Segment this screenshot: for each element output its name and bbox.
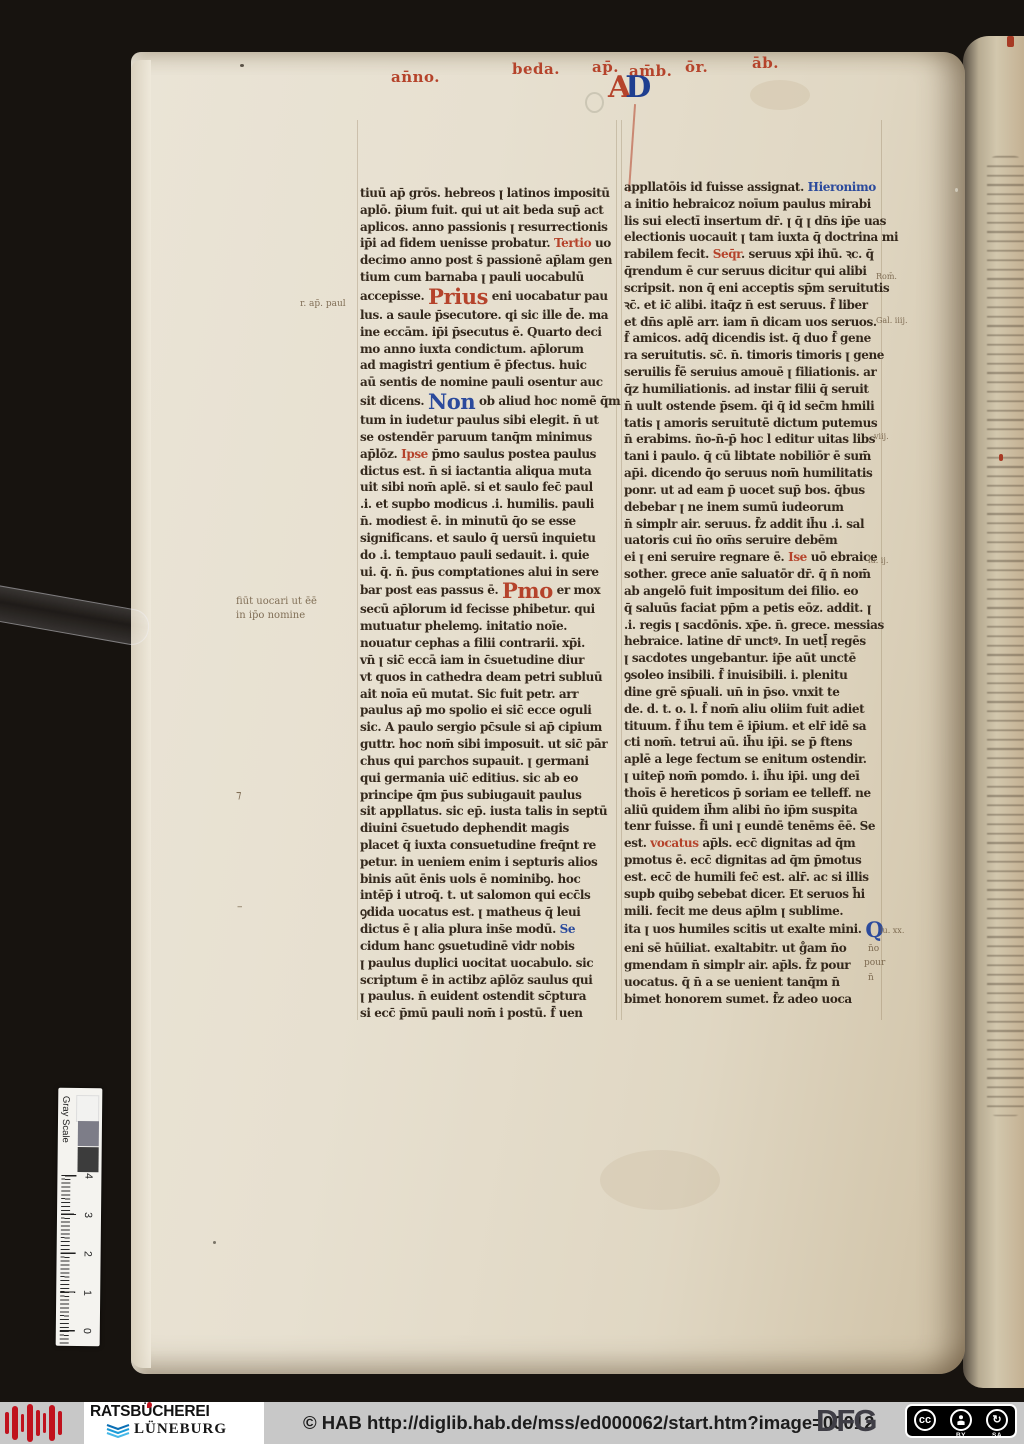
cc-sa-label: SA (992, 1432, 1002, 1439)
colored-initial: Ipse (401, 447, 428, 461)
parchment-stain (750, 80, 810, 110)
person-icon (950, 1409, 972, 1431)
marginal-gloss: fiūt uocari ut ēē (236, 596, 317, 607)
text-line: seruilis f̄ē seruius amouē ꞁ filiationis… (624, 364, 878, 381)
marginal-gloss: lu. ij. (868, 556, 888, 565)
glass-rod-page-holder (0, 582, 152, 647)
text-line: ꞁ sacdotes ungebantur. ip̄e aūt unctē (624, 650, 878, 667)
text-line: a initio hebraicoz noīum paulus mirabi (624, 196, 878, 213)
running-title-item: ōr. (685, 58, 708, 76)
ink-showthrough-mark (585, 92, 604, 113)
running-title-item: an̄no. (391, 68, 440, 86)
page-left-edge (131, 60, 151, 1368)
red-umlaut-dot (147, 1402, 152, 1408)
marginal-gloss: pour (864, 958, 885, 968)
cc-by-icon: BY (946, 1409, 976, 1439)
text-line: thoīs ē hereticos p̄ soriam ee telleff. … (624, 785, 878, 802)
text-line: ra seruitutis. sc̄. n̄. timoris timoris … (624, 347, 878, 364)
text-line: chus qui parchos supauit. ꞁ germani (360, 753, 612, 770)
text-line: ine eccām. ip̄i p̄secutus ē. Quarto deci (360, 324, 612, 341)
colored-initial: Prius (428, 284, 488, 309)
colored-initial: vocatus (650, 836, 698, 850)
copyright-url-text: © HAB http://diglib.hab.de/mss/ed000062/… (303, 1412, 874, 1434)
text-line: pmotus ē. ecc̄ dignitas ad q̄m p̄motus (624, 852, 878, 869)
text-line: ꝛc̄. et ic̄ alibi. itaq̄z n̄ est seruus.… (624, 297, 878, 314)
gray-patch-white (76, 1095, 99, 1122)
text-line: significans. et saulo q̄ uersū inquietu (360, 530, 612, 547)
share-alike-icon: ↻ (986, 1409, 1008, 1431)
marginal-gloss: viij. (874, 432, 889, 441)
text-line: ui. q̄. n̄. p̄us comptationes alui in se… (360, 564, 612, 581)
library-logo: RATSBÜCHEREI LÜNEBURG (84, 1402, 264, 1444)
parchment-stain (600, 1150, 720, 1210)
text-line: aplō. p̄ium fuit. qui ut ait beda sup̄ a… (360, 202, 612, 219)
colored-initial: Ise (788, 550, 807, 564)
text-line: mili. fecit me deus ap̄lm ꞁ sublime. (624, 903, 878, 920)
text-line: rabilem fecit. Seq̄r. seruus xp̄i ihū. ꝛ… (624, 246, 878, 263)
text-line: si ecc̄ p̄mū pauli nom̄ i postū. f̄ uen (360, 1005, 612, 1022)
text-line: ap̄i. dicendo q̄o seruus nom̄ humilitati… (624, 465, 878, 482)
dust-speck (240, 64, 244, 67)
colored-initial: Se (560, 922, 576, 936)
text-line: tenr fuisse. f̄i uni ꞁ eundē tenēms ēē. … (624, 818, 878, 835)
text-column-2: appllatōis id fuisse assignat. Hieronimo… (624, 179, 878, 1008)
running-title-item: āb. (752, 54, 779, 72)
digitized-manuscript-viewer: an̄no.beda.ap̄.am̄b.ōr.āb. AD tiuū ap̄ g… (0, 0, 1024, 1444)
gray-patch-mid (78, 1121, 99, 1146)
text-line: n̄ simplr air. seruus. f̄z addit ih̄u .i… (624, 516, 878, 533)
text-line: sic. A paulo sergio pc̄sule si ap̄ cipiu… (360, 719, 612, 736)
text-line: sother. grece anīe saluatōr dr̄. q̄ n̄ n… (624, 566, 878, 583)
text-line: petur. in ueniem enim i septuris alios (360, 854, 612, 871)
red-ink-mark (999, 454, 1003, 461)
ruler-major-ticks (60, 1175, 77, 1335)
ruling-line (357, 120, 358, 1020)
text-line: vn̄ ꞁ sic̄ eccā iam in c̄suetudine diur (360, 652, 612, 669)
text-line: lis sui electī insertum dr̄. ꞁ q̄ ꞁ dn̄s… (624, 213, 878, 230)
text-line: intēp̄ i utroq̄. t. ut salomon qui ecc̄l… (360, 887, 612, 904)
text-line: uatoris cui n̄o om̄s seruire debēm (624, 532, 878, 549)
marginal-gloss: Gal. iiij. (876, 316, 908, 325)
text-line: principe q̄m p̄us subiugauit paulus (360, 787, 612, 804)
marginal-gloss: r. ap̄. paul (300, 299, 346, 309)
text-line: lus. a saule p̄secutore. qi sic ille d̄e… (360, 307, 612, 324)
text-line: secū ap̄lorum id fecisse phibetur. qui (360, 601, 612, 618)
text-line: ei ꞁ eni seruire regnare ē. Ise uō ebrai… (624, 549, 878, 566)
text-line: aliū quidem ih̄m alibi n̄o ip̄m suspita (624, 802, 878, 819)
text-line: n̄. modiest ē. in minutū q̄o se esse (360, 513, 612, 530)
gray-scale-ruler: Gray Scale 43210 (56, 1088, 103, 1346)
marginal-gloss: in ip̄o nomine (236, 610, 305, 621)
footer-bar: RATSBÜCHEREI LÜNEBURG © HAB http://digli… (0, 1402, 1024, 1444)
ruler-number: 1 (81, 1290, 93, 1304)
text-line: paulus ap̄ mo spolio ei sic̄ ecce oguli (360, 702, 612, 719)
text-line: ait noīa eū mutat. Sic fuit petr. arr (360, 686, 612, 703)
text-line: eni sē hūiliat. exaltabitr. ut g̊am n̄o (624, 940, 878, 957)
cc-sa-icon: ↻ SA (982, 1409, 1012, 1439)
dust-speck (213, 1241, 216, 1244)
text-line: gmendam n̄ simplr air. ap̄ls. f̄z pour (624, 957, 878, 974)
text-line: tani i paulo. q̄ cū libtate nobiliōr ē s… (624, 448, 878, 465)
text-line: dictus est. n̄ si iactantia aliqua muta (360, 463, 612, 480)
text-line: appllatōis id fuisse assignat. Hieronimo (624, 179, 878, 196)
text-line: ip̄i ad fidem uenisse probatur. Tertio u… (360, 235, 612, 252)
text-line: cti nom̄. tetrui aū. ih̄u ip̄i. se p̄ ft… (624, 734, 878, 751)
text-line: dine grē sp̄uali. un̄ in p̄so. vnxit te (624, 684, 878, 701)
marginal-gloss: n̄o (868, 944, 879, 954)
ruler-number: 4 (82, 1173, 94, 1187)
text-line: n̄ uult ostende p̄sem. q̄i q̄ id sec̄m h… (624, 398, 878, 415)
text-line: bar post eas passus ē. Pmo er mox (360, 580, 612, 601)
monogram-blue-letter: D (625, 70, 651, 105)
library-name-line2: LÜNEBURG (134, 1421, 227, 1438)
text-line: tiuū ap̄ grōs. hebreos ꞁ latinos imposit… (360, 185, 612, 202)
text-line: .i. regis ꞁ sacdōnis. xp̄e. n̄. grece. m… (624, 617, 878, 634)
text-line: ꞁ uitep̄ nom̄ pomdo. i. ih̄u ip̄i. ung d… (624, 768, 878, 785)
text-line: ap̄lōz. Ipse p̄mo saulus postea paulus (360, 446, 612, 463)
library-name-line2-row: LÜNEBURG (106, 1421, 227, 1438)
text-line: ponr. ut ad eam p̄ uocet sup̄ bos. q̄bus (624, 482, 878, 499)
text-line: tatis ꞁ amoris seruitutē dictum putemus (624, 415, 878, 432)
text-line: uit sibi nom̄ aplē. si et saulo fec̄ pau… (360, 479, 612, 496)
adjacent-page-text-showthrough (987, 156, 1024, 1116)
text-line: debebar ꞁ ne inem sumū iudeorum (624, 499, 878, 516)
text-line: ad magistri gentium ē p̄fectus. huic (360, 357, 612, 374)
text-line: vt quos in cathedra deam petri subluū (360, 669, 612, 686)
adjacent-page-edge (963, 36, 1024, 1388)
text-line: ab angelō fuit impositum dei filio. eo (624, 583, 878, 600)
ruler-number: 0 (81, 1328, 93, 1342)
text-line: se ostendēr paruum tanq̄m minimus (360, 429, 612, 446)
text-line: mo anno iuxta condictum. ap̄lorum (360, 341, 612, 358)
marginal-gloss: lu. xx. (880, 926, 904, 935)
running-title-item: beda. (512, 60, 560, 78)
text-line: ꞁ paulus duplici uocitat uocabulo. sic (360, 955, 612, 972)
ruling-line (616, 120, 617, 1020)
text-line: scriptum ē in actibz ap̄lōz saulus qui (360, 972, 612, 989)
text-line: sit dicens. Non ob aliud hoc nomē q̄m (360, 391, 612, 412)
text-line: f̄ amicos. adq̄ dicendis ist. q̄ duo f̄ … (624, 330, 878, 347)
text-line: diuini c̄suetudo dephendit magis (360, 820, 612, 837)
text-line: tum in iudetur paulus sibi elegit. n̄ ut (360, 412, 612, 429)
text-line: sit appllatus. sic ep̄. iusta talis in s… (360, 803, 612, 820)
text-line: supb quibꝯ sebebat dicer. Et seruos h̄i (624, 886, 878, 903)
text-line: est. ecc̄ de humili fec̄ est. alr̄. ac s… (624, 869, 878, 886)
cc-icon: cc (910, 1409, 940, 1431)
text-line: nouatur cephas a filii contrarii. xp̄i. (360, 635, 612, 652)
text-line: q̄rendum ē cur seruus dicitur qui alibi (624, 263, 878, 280)
text-line: electionis uocauit ꞁ tam iuxta q̄ doctri… (624, 229, 878, 246)
cc-license-badge: cc BY ↻ SA (905, 1404, 1017, 1438)
text-line: ꝯsoleo insibili. f̄ inuisibili. i. pleni… (624, 667, 878, 684)
text-line: .i. et supbo modicus .i. humilis. pauli (360, 496, 612, 513)
marginal-gloss: n̄ (868, 973, 874, 983)
book-icon (106, 1422, 130, 1438)
text-line: mutuatur phelemꝯ. initatio noīe. (360, 618, 612, 635)
text-line: n̄ erabims. n̄o-n̄-p̄ hoc l editur uitas… (624, 431, 878, 448)
ruling-line (621, 120, 622, 1020)
marginal-gloss: ⁊ (236, 788, 241, 801)
library-logo-bars-icon (5, 1404, 81, 1442)
text-line: ita ꞁ uos humiles scitis ut exalte mini.… (624, 919, 878, 940)
text-line: dictus ē ꞁ alia plura ins̄e modū. Se (360, 921, 612, 938)
cc-circle-icon: cc (914, 1409, 936, 1431)
text-line: uocatus. q̄ n̄ a se uenient tanq̄m n̄ (624, 974, 878, 991)
colored-initial: Seq̄r (713, 247, 741, 261)
text-line: cidum hanc ꝯsuetudinē vidr nobis (360, 938, 612, 955)
text-line: bimet honorem sumet. f̄z adeo uoca (624, 991, 878, 1008)
text-line: ꞁ paulus. n̄ euident ostendit sc̄ptura (360, 988, 612, 1005)
text-line: scripsit. non q̄ eni acceptis sp̄m serui… (624, 280, 878, 297)
ruler-number: 2 (81, 1251, 93, 1265)
colored-initial: Pmo (502, 578, 553, 603)
text-line: accepisse. Prius eni uocabatur pau (360, 286, 612, 307)
text-line: tituum. f̄ ih̄u tem ē ip̄ium. et elr̄ id… (624, 718, 878, 735)
text-line: aū sentis de nomine pauli osentur auc (360, 374, 612, 391)
text-line: et dn̄s aplē arr. iam n̄ dicam uos seruo… (624, 314, 878, 331)
dust-speck (955, 188, 958, 192)
text-line: binis aūt ēnis uols ē nominibꝯ. hoc (360, 871, 612, 888)
text-line: q̄ saluūs faciat pp̄m a petis eōz. addit… (624, 600, 878, 617)
colored-initial: Tertio (554, 236, 591, 250)
text-line: aplē a lege fectum se enitum ostendir. (624, 751, 878, 768)
ruling-line (881, 120, 882, 1020)
colored-initial: Hieronimo (808, 180, 876, 194)
gray-patch-dark (77, 1147, 98, 1172)
text-line: est. vocatus ap̄ls. ecc̄ dignitas ad q̄m (624, 835, 878, 852)
ruler-number: 3 (82, 1212, 94, 1226)
cc-by-label: BY (956, 1432, 966, 1439)
red-ink-mark (1007, 36, 1014, 47)
text-line: guttr. hoc nom̄ sibi imposuit. ut sic̄ p… (360, 736, 612, 753)
dfg-logo: DFG (816, 1403, 875, 1439)
text-line: de. d. t. o. l. f̄ nom̄ aliu oliim fuit … (624, 701, 878, 718)
text-line: qui germania uic̄ editius. sic ab eo (360, 770, 612, 787)
text-line: ꝯdida uocatus est. ꞁ matheus q̄ leui (360, 904, 612, 921)
text-column-1: tiuū ap̄ grōs. hebreos ꞁ latinos imposit… (360, 185, 612, 1022)
text-line: placet q̄ iuxta consuetudine freq̄nt re (360, 837, 612, 854)
colored-initial: Non (428, 389, 475, 414)
text-line: aplicos. anno passionis ꞁ resurrectionis (360, 219, 612, 236)
text-line: decimo anno post s̄ passionē ap̄lam gen (360, 252, 612, 269)
text-line: q̄z humiliationis. ad instar filii q̄ se… (624, 381, 878, 398)
marginal-gloss: – (237, 900, 243, 913)
text-line: hebraice. latine dr̄ unctꝰ. In uetḹ regē… (624, 633, 878, 650)
ad-monogram: AD (608, 70, 651, 105)
marginal-gloss: Rom̄. (876, 272, 897, 281)
text-line: do .i. temptauo pauli sedauit. i. quie (360, 547, 612, 564)
